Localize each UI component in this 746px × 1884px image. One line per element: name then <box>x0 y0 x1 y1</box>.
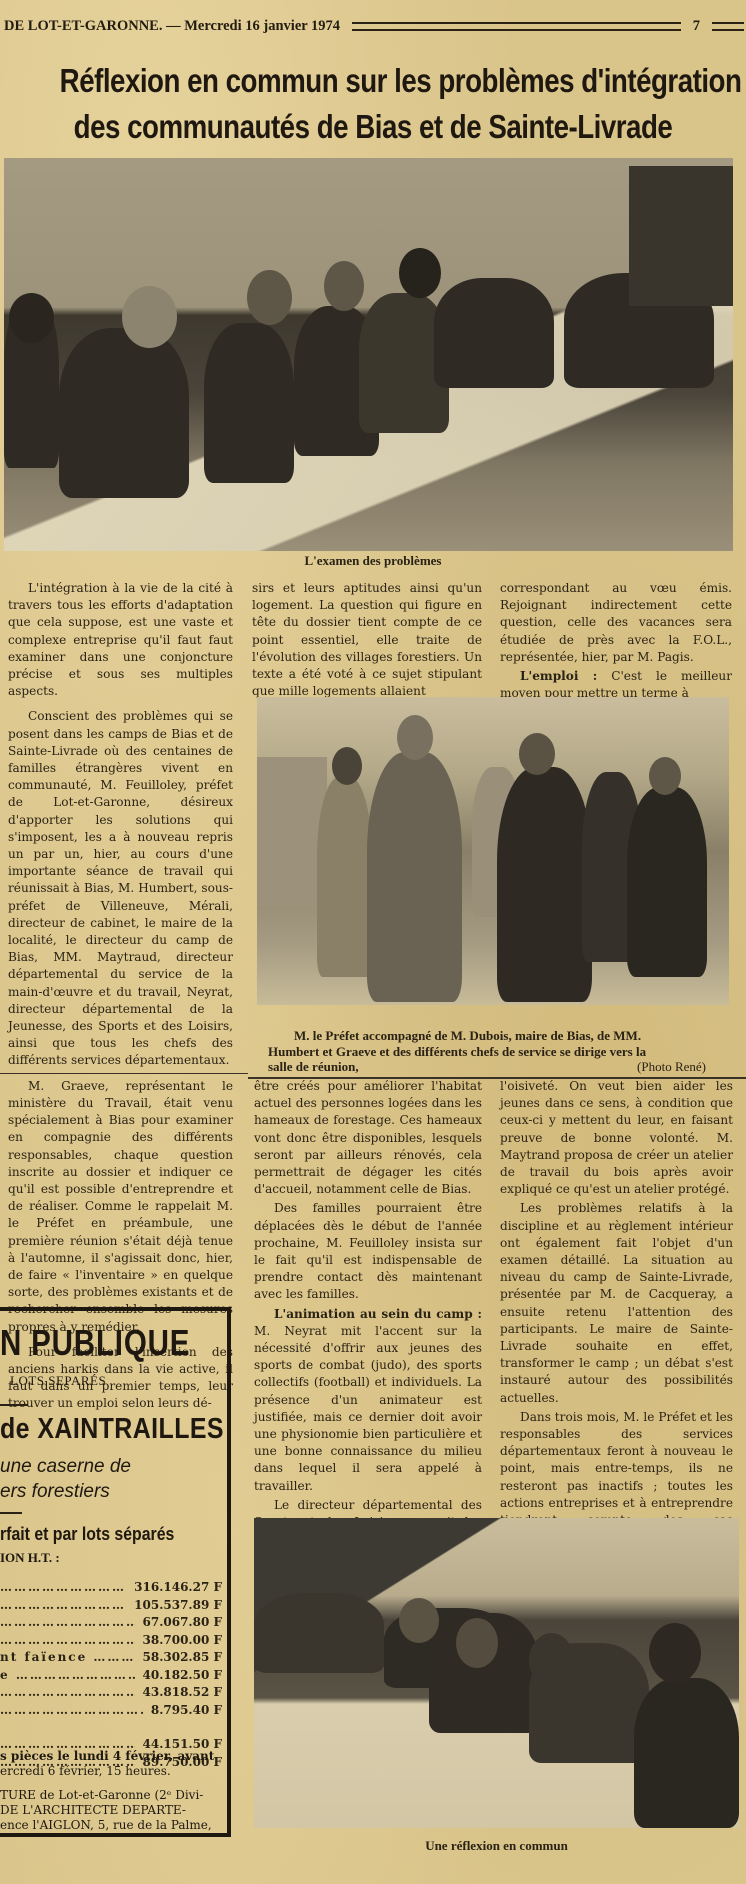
person-figure <box>254 1593 384 1673</box>
ad-estimation: ION H.T. : <box>0 1550 60 1566</box>
ad-deadline: s pièces le lundi 4 février, avant ercre… <box>0 1749 222 1779</box>
subheading-animation: L'animation au sein du camp : <box>274 1307 482 1321</box>
headline-line-1: Réflexion en commun sur les problèmes d'… <box>60 58 687 104</box>
person-figure <box>497 767 592 1002</box>
photo-officials-walking <box>257 697 729 1005</box>
person-figure <box>634 1678 739 1828</box>
lot-row: …………………………………………105.537.89 F <box>0 1597 222 1615</box>
photo-meeting-reflection <box>254 1518 739 1828</box>
paragraph: Les problèmes relatifs à la discipline e… <box>500 1200 733 1406</box>
photo-credit: (Photo René) <box>637 1059 706 1075</box>
article-column-1: L'intégration à la vie de la cité à trav… <box>8 580 233 1421</box>
paragraph: sirs et leurs aptitudes ainsi qu'un loge… <box>252 580 482 700</box>
ad-title: N PUBLIQUE <box>0 1322 190 1364</box>
ad-description-1: une caserne de <box>0 1456 131 1478</box>
ad-description-2: ers forestiers <box>0 1481 110 1503</box>
lot-row: …………………………………………8.795.40 F <box>0 1702 222 1720</box>
issue-date: — Mercredi 16 janvier 1974 <box>166 18 340 35</box>
photo-caption-2: M. le Préfet accompagné de M. Dubois, ma… <box>268 1028 728 1075</box>
person-figure <box>367 752 462 1002</box>
masthead-rule-end <box>712 22 744 31</box>
paragraph: M. Graeve, représentant le ministère du … <box>8 1078 233 1336</box>
paragraph: Des familles pourraient être déplacées d… <box>254 1200 482 1303</box>
subheading-emploi: L'emploi : <box>520 669 597 683</box>
lot-row: …………………………………………316.146.27 F <box>0 1579 222 1597</box>
lot-row: nt faïence ………………………58.302.85 F <box>0 1649 222 1667</box>
paragraph: L'animation au sein du camp : M. Neyrat … <box>254 1306 482 1495</box>
lot-row: …………………………………………38.700.00 F <box>0 1632 222 1650</box>
paragraph: correspondant au vœu émis. Rejoignant in… <box>500 580 732 666</box>
headline-line-2: des communautés de Bias et de Sainte-Liv… <box>60 104 687 150</box>
ad-divider <box>0 1404 28 1406</box>
ad-mode: rfait et par lots séparés <box>0 1524 174 1545</box>
newspaper-name: DE LOT-ET-GARONNE. <box>4 18 162 35</box>
photo-meeting-table <box>4 158 733 551</box>
paragraph: l'oisiveté. On veut bien aider les jeune… <box>500 1078 733 1198</box>
lot-row: …………………………………………43.818.52 F <box>0 1684 222 1702</box>
ad-divider <box>0 1512 22 1514</box>
headline: Réflexion en commun sur les problèmes d'… <box>60 58 687 150</box>
ad-address: TURE de Lot-et-Garonne (2ᵉ Divi- DE L'AR… <box>0 1788 222 1833</box>
column-divider <box>0 1073 248 1074</box>
ad-lots-table: …………………………………………316.146.27 F ……………………………… <box>0 1579 222 1771</box>
paragraph: être créés pour améliorer l'habitat actu… <box>254 1078 482 1198</box>
article-column-3-bottom: l'oisiveté. On veut bien aider les jeune… <box>500 1078 733 1581</box>
wall-panel <box>629 166 733 306</box>
masthead-rule <box>352 22 681 31</box>
person-figure <box>59 328 189 498</box>
person-figure <box>627 787 707 977</box>
ad-subtitle: LOTS SEPARÉS <box>10 1373 106 1389</box>
person-figure <box>204 323 294 483</box>
ad-place: de XAINTRAILLES <box>0 1413 224 1446</box>
lot-row: e ………………………………40.182.50 F <box>0 1667 222 1685</box>
masthead: DE LOT-ET-GARONNE. — Mercredi 16 janvier… <box>4 16 744 36</box>
paragraph: L'intégration à la vie de la cité à trav… <box>8 580 233 700</box>
page-number: 7 <box>693 18 700 35</box>
person-figure <box>434 278 554 388</box>
lot-row: …………………………………………67.067.80 F <box>0 1614 222 1632</box>
paragraph: Conscient des problèmes qui se posent da… <box>8 708 233 1069</box>
article-column-3-top: correspondant au vœu émis. Rejoignant in… <box>500 580 732 702</box>
article-column-2-top: sirs et leurs aptitudes ainsi qu'un loge… <box>252 580 482 708</box>
photo-caption-3: Une réflexion en commun <box>254 1838 739 1854</box>
person-figure <box>317 777 372 977</box>
photo-caption-1: L'examen des problèmes <box>0 553 746 569</box>
